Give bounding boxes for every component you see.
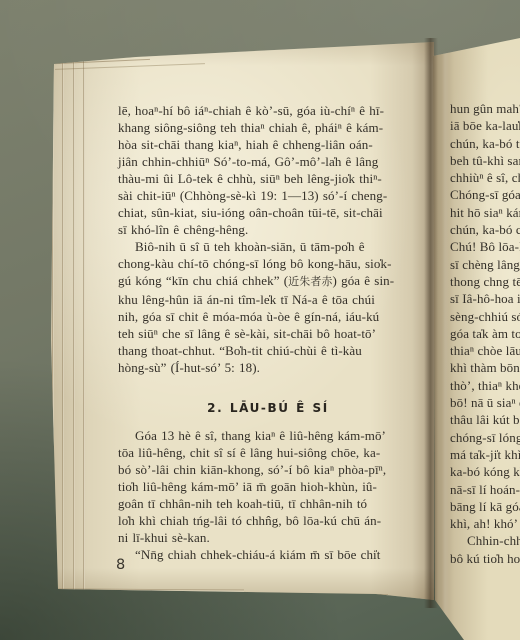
text-line: hun gûn mah? Nā — [450, 100, 520, 117]
page-stack-edge — [57, 589, 244, 592]
text-line: thiaⁿ chòe lāu-b — [450, 342, 520, 359]
text-line: bō! nā ū siaⁿ chiū — [450, 394, 520, 411]
text-line: sī chèng lâng tán — [450, 256, 520, 273]
text-line: Góa 13 hè ê sî, thang kiaⁿ ê liû-hêng ká… — [118, 427, 418, 444]
page-stack-edge — [55, 59, 150, 64]
text-line: sài chit-iūⁿ (Chhòng-sè-kì 19: 1—13) só’… — [118, 187, 418, 204]
text-line: chún, ka-bó tùi ch — [450, 135, 520, 152]
text-line: bô kú tio̍h hoān-l — [450, 550, 520, 567]
text-line: teh siūⁿ che sī lâng ê sè-kài, sit-chāi … — [118, 325, 418, 342]
text-line: tōa liû-hêng, chit sî sí ê lâng hui-siôn… — [118, 444, 418, 461]
page-stack-edge — [52, 63, 54, 588]
text-line: jiân chhin-chhiūⁿ Só’-to-má, Gô’-mô’-la̍… — [118, 153, 418, 170]
right-page-text: hun gûn mah? Nāiā bōe ka-lau̍h tchún, ka… — [450, 100, 520, 567]
left-page-text: lē, hoaⁿ-hí bô iáⁿ-chiah ê kò’-sū, góa i… — [118, 102, 418, 563]
text-line: bó sò’-lâi chin kiān-khong, só’-í bô kia… — [118, 461, 418, 478]
text-line: khì, ah! khó’ sí g — [450, 515, 520, 532]
text-line: lē, hoaⁿ-hí bô iáⁿ-chiah ê kò’-sū, góa i… — [118, 102, 418, 119]
page-stack-edge — [60, 592, 388, 596]
text-line: chong-kàu chí-tō chóng-sī lóng bô kong-h… — [118, 255, 418, 272]
right-page: hun gûn mah? Nāiā bōe ka-lau̍h tchún, ka… — [430, 38, 520, 640]
text-line: chiat, sûn-kiat, siu-ióng oân-choân tūi-… — [118, 204, 418, 221]
text-line: nih, góa sī chit ê móa-móa ù-òe ê gín-ná… — [118, 308, 418, 325]
text-line: chún, ka-bó chiū — [450, 221, 520, 238]
text-line: hit hō siaⁿ kám- — [450, 204, 520, 221]
book-photo: lē, hoaⁿ-hí bô iáⁿ-chiah ê kò’-sū, góa i… — [0, 0, 520, 640]
text-line: beh tû-khì sam-h — [450, 152, 520, 169]
text-line: má ta̍k-ji̍t khì bō — [450, 446, 520, 463]
text-line: ka-bó kóng khó’-c — [450, 463, 520, 480]
text-line: lo̍h khì chiah tńg-lâi tó chhn̂g, bô lōa… — [118, 512, 418, 529]
text-line: khì thàm bōng, c — [450, 359, 520, 376]
text-line: bāng lí kā góa hū — [450, 498, 520, 515]
page-stack-edge — [55, 63, 205, 70]
text-line: thong chng tē-it — [450, 273, 520, 290]
text-line: tio̍h liû-hêng kám-mō’ iā m̄ goān hioh-k… — [118, 478, 418, 495]
page-stack-edge — [62, 61, 64, 589]
page-number: 8 — [116, 557, 125, 573]
text-line: Chóng-sī góa chi — [450, 186, 520, 203]
text-line: chhiùⁿ ê sî, chū- — [450, 169, 520, 186]
text-line: hòa sit-chāi thang kiaⁿ, hiah ê chheng-l… — [118, 136, 418, 153]
text-line: thang thoat-chhut. “Bo̍h-tit chiú-chùi ê… — [118, 342, 418, 359]
text-line: khu lêng-hûn iā án-ni tîm-le̍k tī Ná-a ê… — [118, 291, 418, 308]
text-line: sī Iâ-hô-hoa i-lêh — [450, 290, 520, 307]
text-line: Chhin-chhiūⁿ s — [450, 532, 520, 549]
page-stack-edge — [73, 59, 75, 590]
text-line: ni lī-khui sè-kan. — [118, 529, 418, 546]
text-line: Biô-nih ū sî ū teh khoàn-siān, ū tām-po̍… — [118, 238, 418, 255]
text-line: “Nn̄g chiah chhek-chiáu-á kiám m̄ sī bōe… — [118, 546, 418, 563]
text-line: sèng-chhiú só’ p — [450, 308, 520, 325]
page-stack-edge — [83, 57, 85, 591]
text-line: iā bōe ka-lau̍h t — [450, 117, 520, 134]
text-line: góa ta̍k àm to te — [450, 325, 520, 342]
text-line: sī khó-lîn ê chêng-hêng. — [118, 221, 418, 238]
text-line: hòng-sù” (Í-hut-só’ 5: 18). — [118, 359, 418, 376]
text-line: nā-sī lí hoán-tńg — [450, 481, 520, 498]
text-line: Chú! Bô lōa-kú S — [450, 238, 520, 255]
section-heading: 2. LĀU-BÚ Ê SÍ — [118, 399, 418, 417]
text-line: khang siông-siông teh thiaⁿ chiah ê, phá… — [118, 119, 418, 136]
text-line: gú kóng “kīn chu chiá chhek” (近朱者赤) góa … — [118, 272, 418, 291]
text-line: thàu-mi ûi Lô-tek ê chhù, siūⁿ beh lêng-… — [118, 170, 418, 187]
text-line: thò’, thiaⁿ khòaⁿ — [450, 377, 520, 394]
text-line: chóng-sī lóng chi — [450, 429, 520, 446]
cjk-phrase: 近朱者赤 — [288, 276, 332, 288]
text-line: thâu lâi kút bōng — [450, 411, 520, 428]
left-page: lē, hoaⁿ-hí bô iáⁿ-chiah ê kò’-sū, góa i… — [46, 40, 434, 602]
text-line: goân tī chhân-nih teh koah-tiū, tī chhân… — [118, 495, 418, 512]
